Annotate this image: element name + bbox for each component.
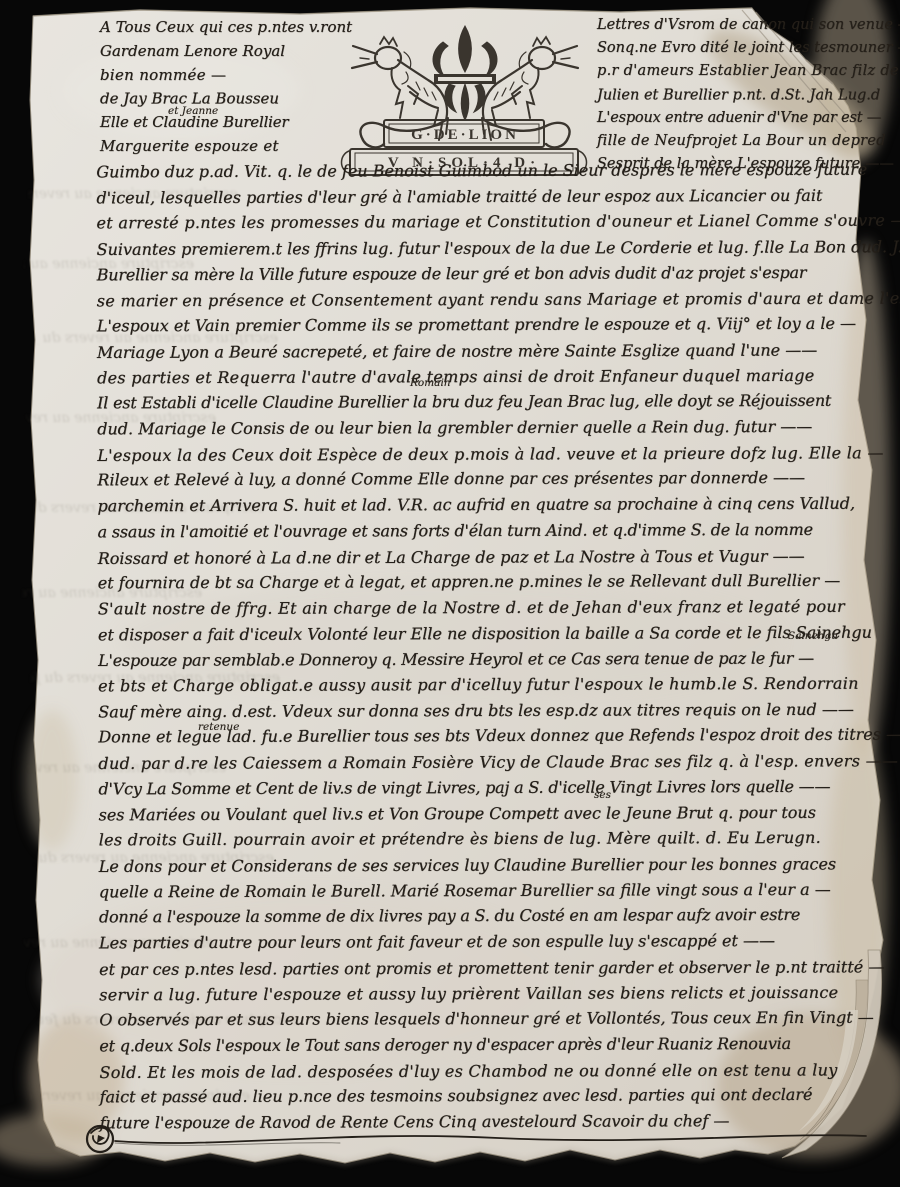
svg-text:G·DE·LION: G·DE·LION [411, 127, 519, 143]
manuscript-line: Guimbo duz p.ad. Vit. q. le de feu Benoi… [96, 157, 878, 185]
manuscript-line: et bts et Charge obligat.e aussy ausit p… [98, 671, 880, 699]
manuscript-line: Sold. Et les mois de lad. desposées d'lu… [99, 1057, 881, 1085]
manuscript-line: Les parties d'autre pour leurs ont fait … [99, 928, 881, 956]
fleur-de-lis-icon [433, 26, 497, 120]
manuscript-line: dud. Mariage le Consis de ou leur bien l… [97, 414, 879, 442]
manuscript-line: bien nommée — [100, 64, 340, 88]
manuscript-line: Le dons pour et Considerans de ses servi… [99, 851, 881, 879]
manuscript-line: de Jay Brac La Bousseu [100, 88, 340, 112]
closing-flourish [78, 1112, 878, 1168]
manuscript-line: et fournira de bt sa Charge et à legat, … [98, 568, 880, 596]
manuscript-line: donné a l'espouze la somme de dix livres… [99, 902, 881, 930]
manuscript-line: des parties et Requerra l'autre d'avale … [97, 362, 879, 390]
manuscript-line: p.r d'ameurs Establier Jean Brac filz de… [597, 60, 887, 83]
interline-note: ses [594, 789, 611, 801]
manuscript-line: L'espoux la des Ceux doit Espèce de deux… [97, 440, 879, 468]
manuscript-line: S'ault nostre de ffrg. Et ain charge de … [98, 594, 880, 622]
manuscript-line: Marguerite espouze et [100, 135, 340, 159]
manuscript-line: Suivantes premierem.t les ffrins lug. fu… [97, 234, 879, 262]
manuscript-line: Elle et Claudine Burellier [100, 111, 340, 135]
interline-note: et Jeanne [168, 105, 218, 117]
manuscript-line: les droits Guill. pourrain avoir et prét… [99, 825, 881, 853]
manuscript-line: d'iceul, lesquelles parties d'leur gré à… [96, 182, 878, 210]
manuscript-line: Rileux et Relevé à luy, a donné Comme El… [97, 465, 879, 493]
manuscript-line: fille de Neufprojet La Bour un depred [597, 130, 887, 153]
manuscript-line: et disposer a fait d'iceulx Volonté leur… [98, 619, 880, 647]
interline-note: Romain [410, 377, 451, 389]
header-left-block: A Tous Ceux qui ces p.ntes v.rontGardena… [100, 16, 340, 159]
interline-note: retenue [198, 721, 239, 733]
body-text-block: Guimbo duz p.ad. Vit. q. le de feu Benoi… [96, 157, 881, 1136]
manuscript-line: quelle a Reine de Romain le Burell. Mari… [99, 876, 881, 904]
tax-stamp: G·DE·LION V N·SOL·4 D· [334, 20, 596, 180]
manuscript-line: a ssaus in l'amoitié et l'ouvrage et san… [98, 516, 880, 544]
manuscript-line: Mariage Lyon a Beuré sacrepeté, et faire… [97, 337, 879, 365]
manuscript-line: O observés par et sus leurs biens lesque… [99, 1005, 881, 1033]
manuscript-line: Burellier sa mère la Ville future espouz… [97, 259, 879, 287]
manuscript-line: Lettres d'Vsrom de canon qui son venue — [597, 14, 887, 37]
notary-paraph-icon [87, 1126, 113, 1152]
closing-rule [115, 1135, 866, 1143]
manuscript-line: parchemin et Arrivera S. huit et lad. V.… [97, 491, 879, 519]
manuscript-line: A Tous Ceux qui ces p.ntes v.ront [100, 16, 340, 40]
manuscript-line: d'Vcy La Somme et Cent de liv.s de vingt… [98, 774, 880, 802]
photo-backdrop: escripture ancienne au revers du feuille… [0, 0, 900, 1187]
header-right-block: Lettres d'Vsrom de canon qui son venue —… [597, 14, 887, 176]
manuscript-line: Roissard et honoré à La d.ne dir et La C… [98, 543, 880, 571]
stamp-banner-top: G·DE·LION [384, 120, 544, 147]
manuscript-line: Il est Establi d'icelle Claudine Burelli… [97, 388, 879, 416]
manuscript-line: servir a lug. future l'espouze et aussy … [99, 979, 881, 1007]
interline-note: Sainehgu [788, 630, 838, 642]
manuscript-line: L'espoux entre aduenir d'Vne par est — [597, 107, 887, 130]
manuscript-line: faict et passé aud. lieu p.nce des tesmo… [100, 1082, 882, 1110]
manuscript-line: et arresté p.ntes les promesses du maria… [96, 208, 878, 236]
manuscript-line: se marier en présence et Consentement ay… [97, 285, 879, 313]
manuscript-line: dud. par d.re les Caiessem a Romain Fosi… [98, 748, 880, 776]
manuscript-line: L'espouze par semblab.e Donneroy q. Mess… [98, 646, 880, 674]
manuscript-line: Gardenam Lenore Royal [100, 40, 340, 64]
manuscript-line: L'espoux et Vain premier Comme ils se pr… [97, 311, 879, 339]
manuscript-line: et q.deux Sols l'espoux le Tout sans der… [99, 1031, 881, 1059]
manuscript-line: et par ces p.ntes lesd. parties ont prom… [99, 954, 881, 982]
manuscript-line: Julien et Burellier p.nt. d.St. Jah Lug.… [597, 84, 887, 107]
manuscript-line: Sonq.ne Evro dité le joint les tesmouner… [597, 37, 887, 60]
manuscript-line: ses Mariées ou Voulant quel liv.s et Von… [99, 799, 881, 827]
